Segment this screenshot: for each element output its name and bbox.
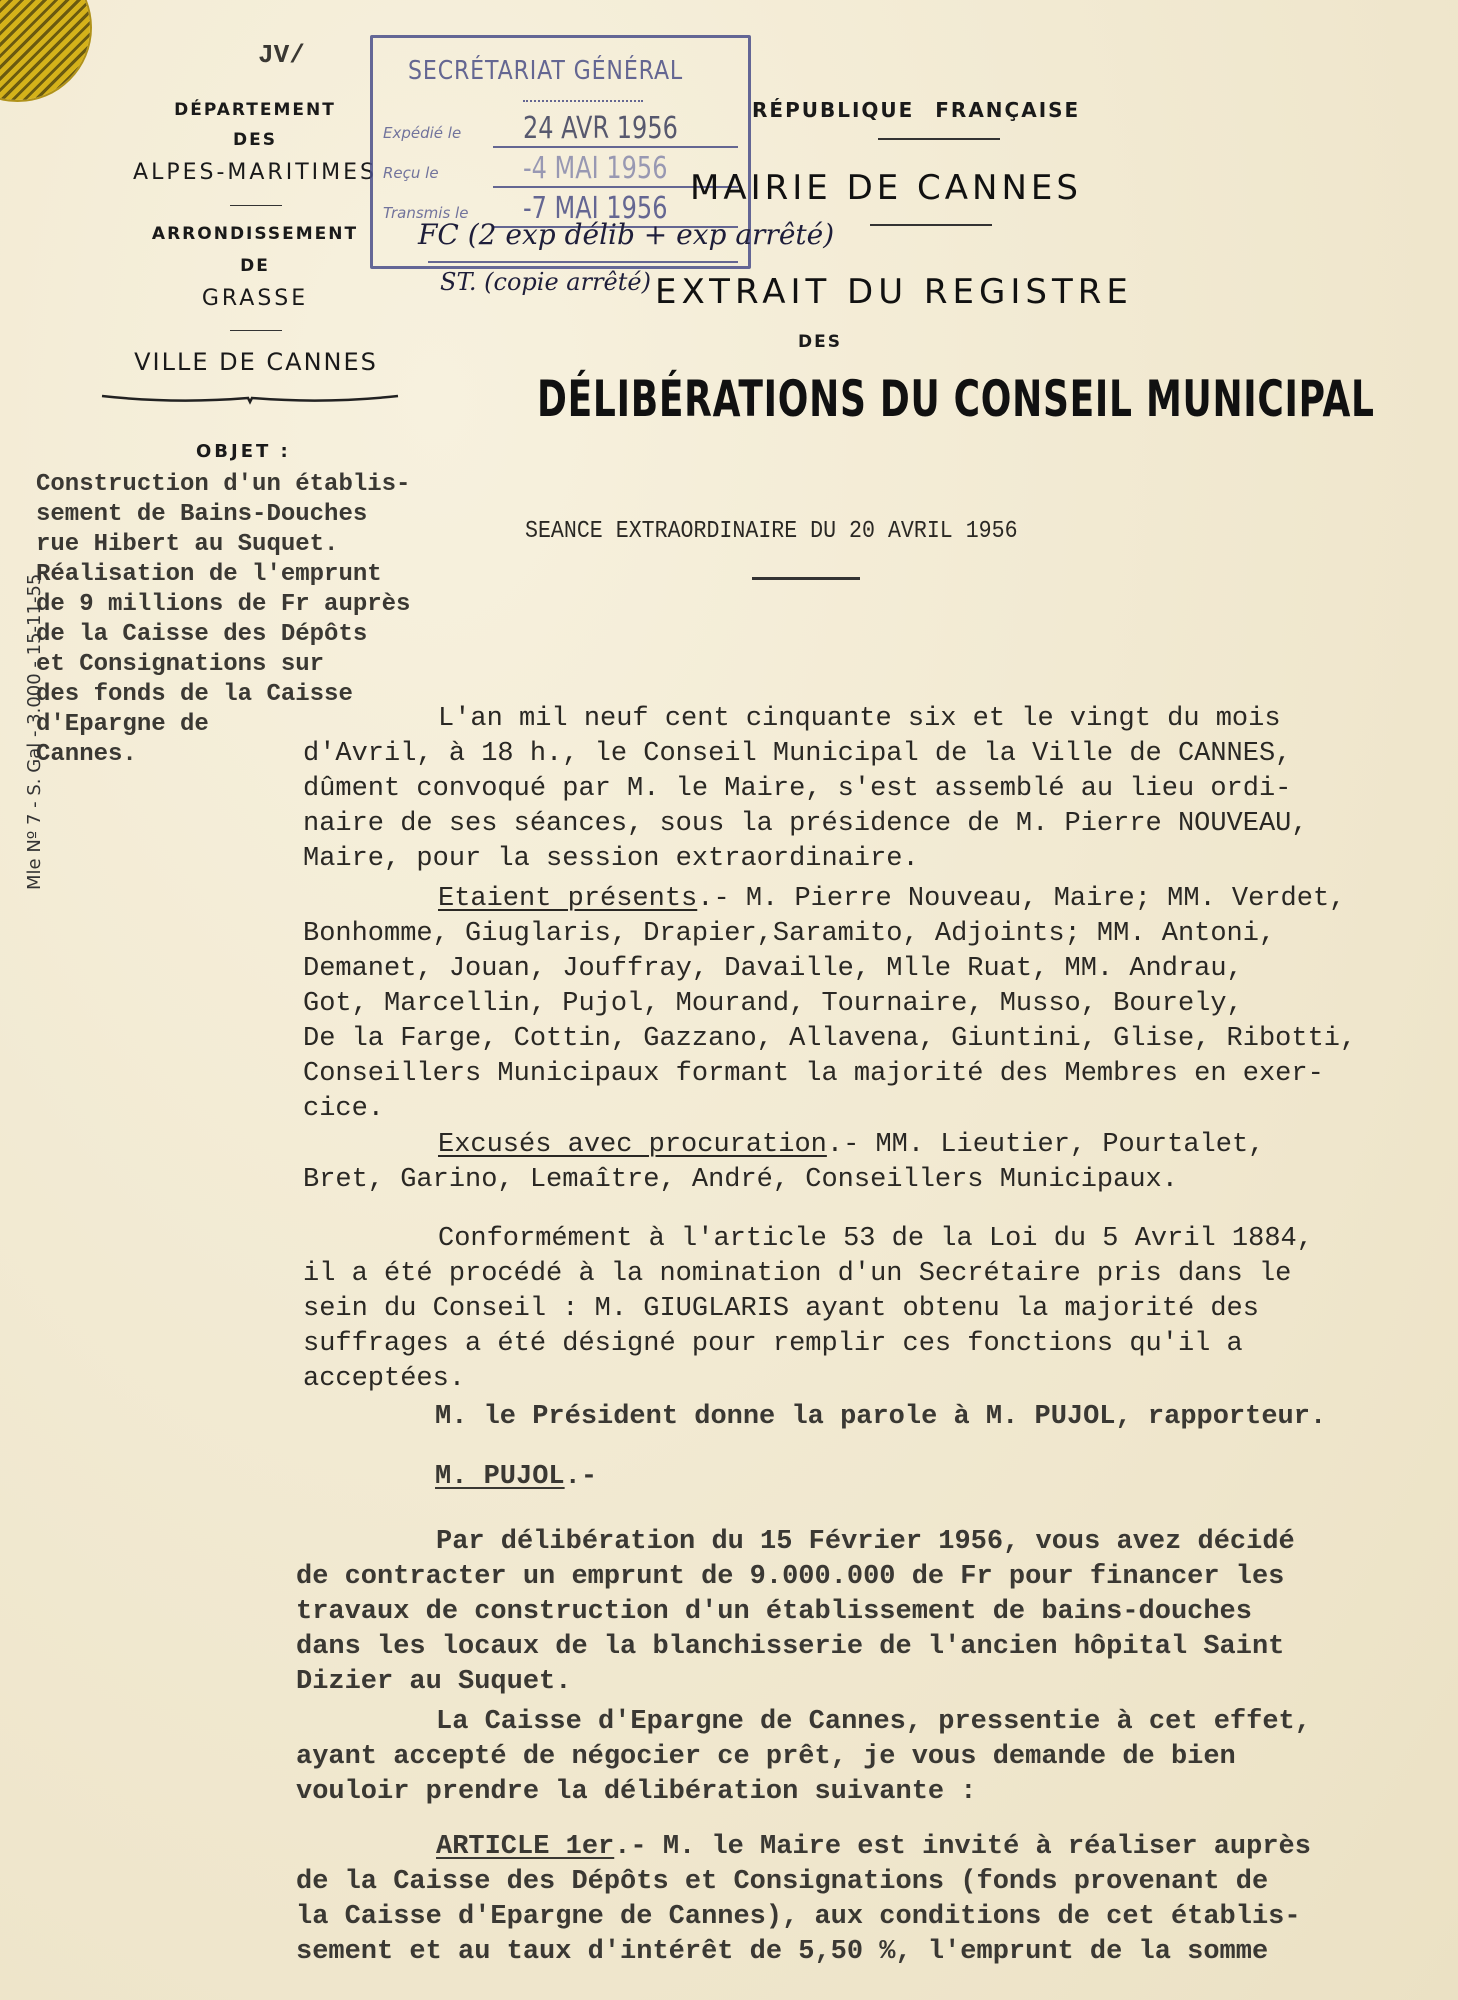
- text-line: acceptées.: [303, 1362, 1313, 1397]
- text-line: De la Farge, Cottin, Gazzano, Allavena, …: [303, 1022, 1356, 1057]
- mairie-title: MAIRIE DE CANNES: [690, 168, 1082, 208]
- text-line: la Caisse d'Epargne de Cannes), aux cond…: [296, 1900, 1311, 1935]
- extrait-title: EXTRAIT DU REGISTRE: [655, 272, 1133, 312]
- text-line: .- M. Pierre Nouveau, Maire; MM. Verdet,: [697, 884, 1345, 914]
- text-line: il a été procédé à la nomination d'un Se…: [303, 1257, 1313, 1292]
- text-line: cice.: [303, 1092, 1356, 1127]
- excuses-label: Excusés avec procuration: [438, 1130, 827, 1160]
- text-line: Conseillers Municipaux formant la majori…: [303, 1057, 1356, 1092]
- objet-line: rue Hibert au Suquet.: [36, 530, 410, 560]
- objet-label: OBJET :: [196, 441, 291, 462]
- president-line: M. le Président donne la parole à M. PUJ…: [435, 1400, 1326, 1435]
- text-line: dans les locaux de la blanchisserie de l…: [296, 1630, 1295, 1665]
- text-line: .- M. le Maire est invité à réaliser aup…: [614, 1832, 1311, 1862]
- objet-line: et Consignations sur: [36, 650, 410, 680]
- presents-label: Etaient présents: [438, 884, 697, 914]
- objet-line: de 9 millions de Fr auprès: [36, 590, 410, 620]
- rapporteur-label: M. PUJOL: [435, 1462, 565, 1492]
- intro-paragraph: L'an mil neuf cent cinquante six et le v…: [303, 702, 1308, 877]
- text-line: d'Avril, à 18 h., le Conseil Municipal d…: [303, 737, 1308, 772]
- text-line: Par délibération du 15 Février 1956, vou…: [296, 1525, 1295, 1560]
- text-line: travaux de construction d'un établisseme…: [296, 1595, 1295, 1630]
- stamp-divider: [523, 100, 643, 103]
- text-line: dûment convoqué par M. le Maire, s'est a…: [303, 772, 1308, 807]
- text-line: de contracter un emprunt de 9.000.000 de…: [296, 1560, 1295, 1595]
- text-line: La Caisse d'Epargne de Cannes, pressenti…: [296, 1705, 1311, 1740]
- divider: [870, 224, 992, 226]
- handwritten-note: ST. (copie arrêté): [440, 268, 651, 296]
- divider: [878, 138, 1000, 140]
- text-line: ayant accepté de négocier ce prêt, je vo…: [296, 1740, 1311, 1775]
- stamp-date: -4 MAI 1956: [523, 151, 667, 186]
- divider: [752, 577, 860, 580]
- text-line: naire de ses séances, sous la présidence…: [303, 807, 1308, 842]
- stamp-label: Reçu le: [383, 164, 439, 182]
- text-line: Conformément à l'article 53 de la Loi du…: [303, 1222, 1313, 1257]
- stamp-line: [428, 261, 738, 263]
- excuses-paragraph: Excusés avec procuration.- MM. Lieutier,…: [303, 1128, 1264, 1198]
- text-line: de la Caisse des Dépôts et Consignations…: [296, 1865, 1311, 1900]
- city-name: VILLE DE CANNES: [96, 348, 416, 376]
- caisse-paragraph: La Caisse d'Epargne de Cannes, pressenti…: [296, 1705, 1311, 1810]
- deliberations-title: DÉLIBÉRATIONS DU CONSEIL MUNICIPAL: [537, 370, 1375, 428]
- text-line: Dizier au Suquet.: [296, 1665, 1295, 1700]
- text-line: Got, Marcellin, Pujol, Mourand, Tournair…: [303, 987, 1356, 1022]
- objet-line: Réalisation de l'emprunt: [36, 560, 410, 590]
- text-line: sement et au taux d'intérêt de 5,50 %, l…: [296, 1935, 1311, 1970]
- text-line: Bonhomme, Giuglaris, Drapier,Saramito, A…: [303, 917, 1356, 952]
- text-line: sein du Conseil : M. GIUGLARIS ayant obt…: [303, 1292, 1313, 1327]
- article-label: ARTICLE 1er: [436, 1832, 614, 1862]
- gold-seal-sticker: [0, 0, 90, 100]
- arrondissement-name: GRASSE: [90, 286, 420, 322]
- des-label: DES: [798, 332, 842, 352]
- text-line: vouloir prendre la délibération suivante…: [296, 1775, 1311, 1810]
- ornamental-divider: [100, 390, 400, 406]
- objet-line: de la Caisse des Dépôts: [36, 620, 410, 650]
- republic-label: RÉPUBLIQUE FRANÇAISE: [752, 98, 1080, 122]
- stamp-date: 24 AVR 1956: [523, 111, 678, 146]
- objet-line: sement de Bains-Douches: [36, 500, 410, 530]
- stamp-label: Expédié le: [383, 124, 461, 142]
- rapport-paragraph: Par délibération du 15 Février 1956, vou…: [296, 1525, 1295, 1700]
- initials: JV/: [258, 40, 305, 70]
- text-line: Maire, pour la session extraordinaire.: [303, 842, 1308, 877]
- divider: [230, 205, 282, 206]
- text-line: L'an mil neuf cent cinquante six et le v…: [303, 702, 1308, 737]
- text-line: suffrages a été désigné pour remplir ces…: [303, 1327, 1313, 1362]
- form-reference-print: Mle Nº 7 - S. Gal - 3.000 - 15-11-55: [24, 574, 45, 890]
- text-line: Demanet, Jouan, Jouffray, Davaille, Mlle…: [303, 952, 1356, 987]
- text-line: .- MM. Lieutier, Pourtalet,: [827, 1130, 1264, 1160]
- objet-line: Construction d'un établis-: [36, 470, 410, 500]
- presents-paragraph: Etaient présents.- M. Pierre Nouveau, Ma…: [303, 882, 1356, 1127]
- stamp-row-expedie: Expédié le 24 AVR 1956: [373, 108, 748, 148]
- text-line: Bret, Garino, Lemaître, André, Conseille…: [303, 1163, 1264, 1198]
- handwritten-note: FC (2 exp délib + exp arrêté): [418, 218, 834, 251]
- divider: [230, 330, 282, 331]
- seance-heading: SEANCE EXTRAORDINAIRE DU 20 AVRIL 1956: [525, 518, 1018, 545]
- rapporteur-heading: M. PUJOL.-: [435, 1460, 597, 1495]
- text-line: .-: [565, 1462, 597, 1492]
- stamp-title: SECRÉTARIAT GÉNÉRAL: [408, 56, 683, 86]
- article-1-paragraph: ARTICLE 1er.- M. le Maire est invité à r…: [296, 1830, 1311, 1970]
- secretary-paragraph: Conformément à l'article 53 de la Loi du…: [303, 1222, 1313, 1397]
